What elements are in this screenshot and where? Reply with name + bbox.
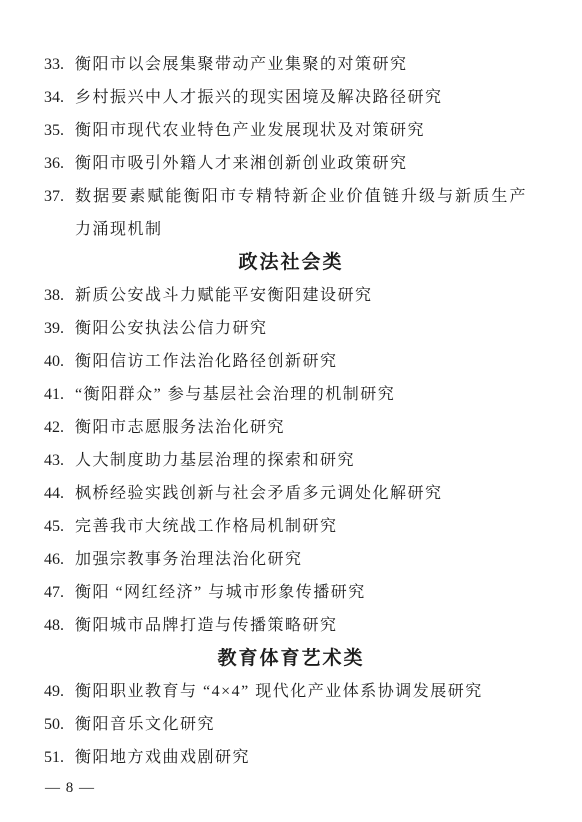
item-text: 人大制度助力基层治理的探索和研究: [75, 444, 527, 477]
list-item: 38.新质公安战斗力赋能平安衡阳建设研究: [75, 279, 527, 312]
item-number: 36.: [44, 147, 64, 180]
item-number: 48.: [44, 609, 64, 642]
list-item: 50.衡阳音乐文化研究: [75, 708, 527, 741]
item-text: 枫桥经验实践创新与社会矛盾多元调处化解研究: [75, 477, 527, 510]
list-item: 41.“衡阳群众” 参与基层社会治理的机制研究: [75, 378, 527, 411]
item-number: 41.: [44, 378, 64, 411]
item-number: 46.: [44, 543, 64, 576]
item-text-line: 力涌现机制: [75, 213, 527, 246]
item-text: 衡阳市现代农业特色产业发展现状及对策研究: [75, 114, 527, 147]
item-number: 42.: [44, 411, 64, 444]
item-text: 衡阳地方戏曲戏剧研究: [75, 741, 527, 774]
list-item: 36.衡阳市吸引外籍人才来湘创新创业政策研究: [75, 147, 527, 180]
page-number: — 8 —: [45, 772, 95, 805]
item-text: “衡阳群众” 参与基层社会治理的机制研究: [75, 378, 527, 411]
topic-list: 33.衡阳市以会展集聚带动产业集聚的对策研究34.乡村振兴中人才振兴的现实困境及…: [75, 48, 527, 774]
item-number: 45.: [44, 510, 64, 543]
item-number: 49.: [44, 675, 64, 708]
list-item: 37.数据要素赋能衡阳市专精特新企业价值链升级与新质生产力涌现机制: [75, 180, 527, 246]
item-text: 加强宗教事务治理法治化研究: [75, 543, 527, 576]
list-item: 39.衡阳公安执法公信力研究: [75, 312, 527, 345]
item-number: 44.: [44, 477, 64, 510]
section-header: 教育体育艺术类: [0, 642, 582, 675]
item-number: 33.: [44, 48, 64, 81]
item-text: 衡阳音乐文化研究: [75, 708, 527, 741]
item-text: 乡村振兴中人才振兴的现实困境及解决路径研究: [75, 81, 527, 114]
item-number: 40.: [44, 345, 64, 378]
list-item: 40.衡阳信访工作法治化路径创新研究: [75, 345, 527, 378]
list-item: 42.衡阳市志愿服务法治化研究: [75, 411, 527, 444]
item-text: 完善我市大统战工作格局机制研究: [75, 510, 527, 543]
item-text: 衡阳职业教育与 “4×4” 现代化产业体系协调发展研究: [75, 675, 527, 708]
item-number: 47.: [44, 576, 64, 609]
list-item: 33.衡阳市以会展集聚带动产业集聚的对策研究: [75, 48, 527, 81]
item-text: 衡阳信访工作法治化路径创新研究: [75, 345, 527, 378]
item-text: 衡阳公安执法公信力研究: [75, 312, 527, 345]
item-number: 51.: [44, 741, 64, 774]
list-item: 44.枫桥经验实践创新与社会矛盾多元调处化解研究: [75, 477, 527, 510]
list-item: 34.乡村振兴中人才振兴的现实困境及解决路径研究: [75, 81, 527, 114]
item-number: 39.: [44, 312, 64, 345]
item-number: 50.: [44, 708, 64, 741]
section-header: 政法社会类: [0, 246, 582, 279]
item-number: 34.: [44, 81, 64, 114]
list-item: 51.衡阳地方戏曲戏剧研究: [75, 741, 527, 774]
item-number: 35.: [44, 114, 64, 147]
item-text-line: 数据要素赋能衡阳市专精特新企业价值链升级与新质生产: [75, 180, 527, 213]
item-text: 衡阳市志愿服务法治化研究: [75, 411, 527, 444]
list-item: 43.人大制度助力基层治理的探索和研究: [75, 444, 527, 477]
list-item: 47.衡阳 “网红经济” 与城市形象传播研究: [75, 576, 527, 609]
item-text: 衡阳城市品牌打造与传播策略研究: [75, 609, 527, 642]
item-number: 38.: [44, 279, 64, 312]
item-text: 衡阳市以会展集聚带动产业集聚的对策研究: [75, 48, 527, 81]
item-text: 衡阳市吸引外籍人才来湘创新创业政策研究: [75, 147, 527, 180]
item-text: 衡阳 “网红经济” 与城市形象传播研究: [75, 576, 527, 609]
list-item: 45.完善我市大统战工作格局机制研究: [75, 510, 527, 543]
list-item: 49.衡阳职业教育与 “4×4” 现代化产业体系协调发展研究: [75, 675, 527, 708]
item-text: 新质公安战斗力赋能平安衡阳建设研究: [75, 279, 527, 312]
item-text: 数据要素赋能衡阳市专精特新企业价值链升级与新质生产力涌现机制: [75, 180, 527, 246]
list-item: 35.衡阳市现代农业特色产业发展现状及对策研究: [75, 114, 527, 147]
list-item: 48.衡阳城市品牌打造与传播策略研究: [75, 609, 527, 642]
document-page: 33.衡阳市以会展集聚带动产业集聚的对策研究34.乡村振兴中人才振兴的现实困境及…: [0, 0, 582, 822]
item-number: 43.: [44, 444, 64, 477]
list-item: 46.加强宗教事务治理法治化研究: [75, 543, 527, 576]
item-number: 37.: [44, 180, 64, 213]
